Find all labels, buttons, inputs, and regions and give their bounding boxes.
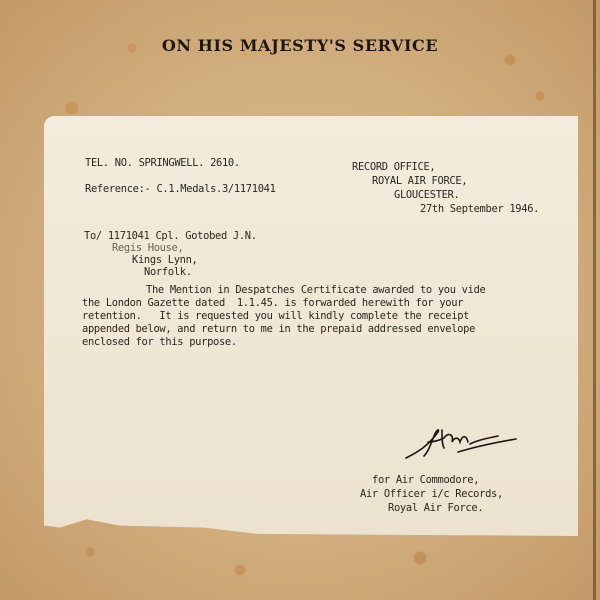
signature-icon [398,422,528,462]
letter-sheet: TEL. NO. SPRINGWELL. 2610. Reference:- C… [44,116,578,536]
body-line-4: appended below, and return to me in the … [82,323,475,336]
signoff-line-1: for Air Commodore, [372,474,479,487]
office-line-1: RECORD OFFICE, [352,161,435,174]
body-line-3: retention. It is requested you will kind… [82,310,469,323]
signoff-line-3: Royal Air Force. [388,502,483,515]
recipient-line-4: Norfolk. [144,266,192,279]
body-line-5: enclosed for this purpose. [82,336,237,349]
body-line-2: the London Gazette dated 1.1.45. is forw… [82,297,463,310]
envelope-header: ON HIS MAJESTY'S SERVICE [0,36,600,55]
signoff-line-2: Air Officer i/c Records, [360,488,503,501]
reference-line: Reference:- C.1.Medals.3/1171041 [85,183,276,196]
office-line-3: GLOUCESTER. [394,189,460,202]
letter-date: 27th September 1946. [420,203,539,216]
envelope: ON HIS MAJESTY'S SERVICE TEL. NO. SPRING… [0,0,600,600]
body-line-1: The Mention in Despatches Certificate aw… [146,284,485,297]
office-line-2: ROYAL AIR FORCE, [372,175,467,188]
telephone-number: TEL. NO. SPRINGWELL. 2610. [85,157,240,170]
